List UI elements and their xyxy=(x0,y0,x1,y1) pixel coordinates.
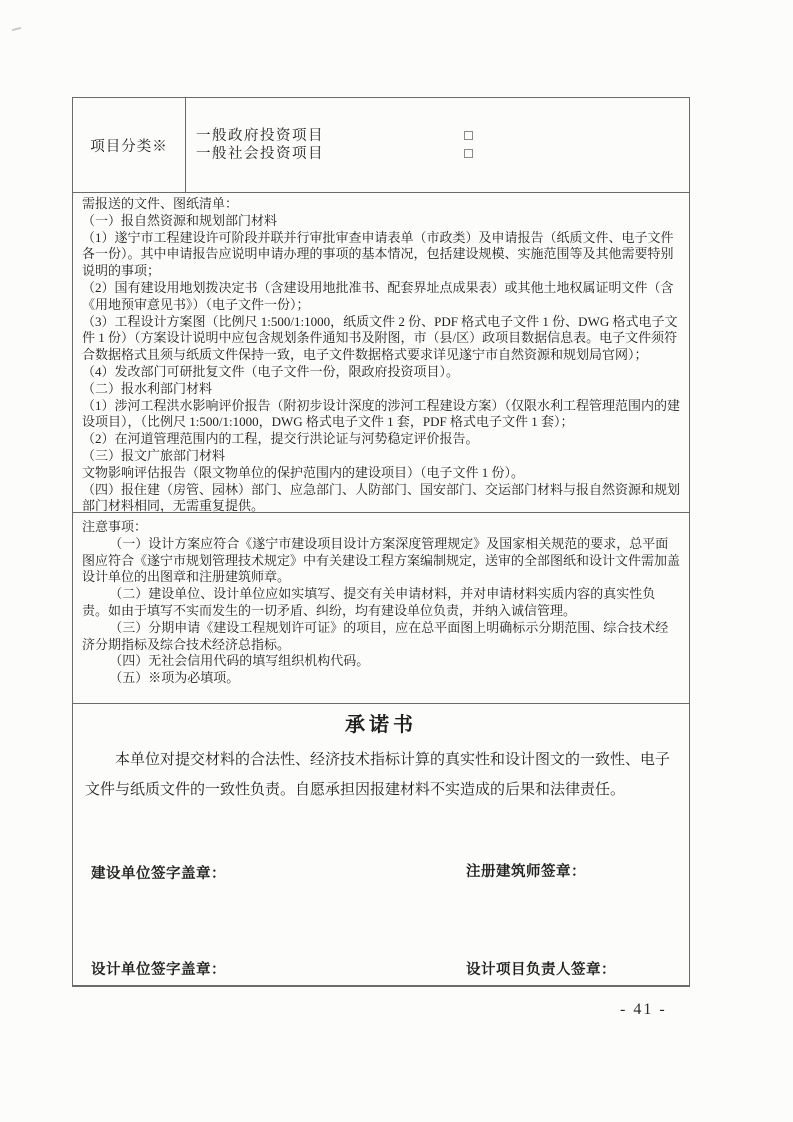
doc-item: （三）报文广旅部门材料 xyxy=(82,448,680,465)
doc-item: （二）报水利部门材料 xyxy=(82,381,680,398)
checkbox-social-investment[interactable] xyxy=(464,149,473,158)
option-government-investment: 一般政府投资项目 xyxy=(196,127,689,145)
option-social-investment-label: 一般社会投资项目 xyxy=(196,146,324,162)
designer-signature-label: 设计单位签字盖章： xyxy=(91,960,226,980)
builder-signature-label: 建设单位签字盖章： xyxy=(91,864,226,884)
doc-item: （4）发改部门可研批复文件（电子文件一份，限政府投资项目）。 xyxy=(82,364,680,381)
required-documents-section: 需报送的文件、图纸清单： （一）报自然资源和规划部门材料 （1）遂宁市工程建设许… xyxy=(73,193,689,513)
required-documents-header: 需报送的文件、图纸清单： xyxy=(82,196,680,213)
doc-item: （1）涉河工程洪水影响评价报告（附初步设计深度的涉河工程建设方案）（仅限水利工程… xyxy=(82,398,680,432)
application-form-sheet: 项目分类※ 一般政府投资项目 一般社会投资项目 需报送的文件、图纸清单： （一）… xyxy=(72,97,690,987)
note-item: （一）设计方案应符合《遂宁市建设项目设计方案深度管理规定》及国家相关规范的要求，… xyxy=(82,536,680,586)
notes-section: 注意事项： （一）设计方案应符合《遂宁市建设项目设计方案深度管理规定》及国家相关… xyxy=(73,513,689,704)
doc-item: （2）国有建设用地划拨决定书（含建设用地批准书、配套界址点成果表）或其他土地权属… xyxy=(82,280,680,314)
page-number: - 41 - xyxy=(620,1001,667,1019)
doc-item: （四）报住建（房管、园林）部门、应急部门、人防部门、国安部门、交运部门材料与报自… xyxy=(82,482,680,513)
note-item: （五）※项为必填项。 xyxy=(82,670,680,687)
project-classification-row: 项目分类※ 一般政府投资项目 一般社会投资项目 xyxy=(73,98,689,193)
notes-header: 注意事项： xyxy=(82,519,680,536)
doc-item: 文物影响评估报告（限文物单位的保护范围内的建设项目）（电子文件 1 份）。 xyxy=(82,465,680,482)
design-lead-signature-label: 设计项目负责人签章： xyxy=(466,960,616,980)
option-government-investment-label: 一般政府投资项目 xyxy=(196,128,324,144)
note-item: （四）无社会信用代码的填写组织机构代码。 xyxy=(82,653,680,670)
doc-item: （3）工程设计方案图（比例尺 1:500/1:1000，纸质文件 2 份、PDF… xyxy=(82,314,680,364)
project-classification-label: 项目分类※ xyxy=(73,98,186,192)
scan-artifact-mark xyxy=(12,27,21,31)
project-classification-options: 一般政府投资项目 一般社会投资项目 xyxy=(186,98,689,192)
pledge-section: 承诺书 本单位对提交材料的合法性、经济技术指标计算的真实性和设计图文的一致性、电… xyxy=(73,704,689,986)
doc-item: （1）遂宁市工程建设许可阶段并联并行审批审查申请表单（市政类）及申请报告（纸质文… xyxy=(82,230,680,280)
pledge-body: 本单位对提交材料的合法性、经济技术指标计算的真实性和设计图文的一致性、电子文件与… xyxy=(85,745,677,805)
doc-item: （一）报自然资源和规划部门材料 xyxy=(82,213,680,230)
doc-item: （2）在河道管理范围内的工程，提交行洪论证与河势稳定评价报告。 xyxy=(82,431,680,448)
architect-signature-label: 注册建筑师签章： xyxy=(466,862,586,882)
pledge-title: 承诺书 xyxy=(85,712,677,738)
option-social-investment: 一般社会投资项目 xyxy=(196,145,689,163)
checkbox-government-investment[interactable] xyxy=(464,131,473,140)
note-item: （二）建设单位、设计单位应如实填写、提交有关申请材料，并对申请材料实质内容的真实… xyxy=(82,586,680,620)
note-item: （三）分期申请《建设工程规划许可证》的项目，应在总平面图上明确标示分期范围、综合… xyxy=(82,620,680,654)
